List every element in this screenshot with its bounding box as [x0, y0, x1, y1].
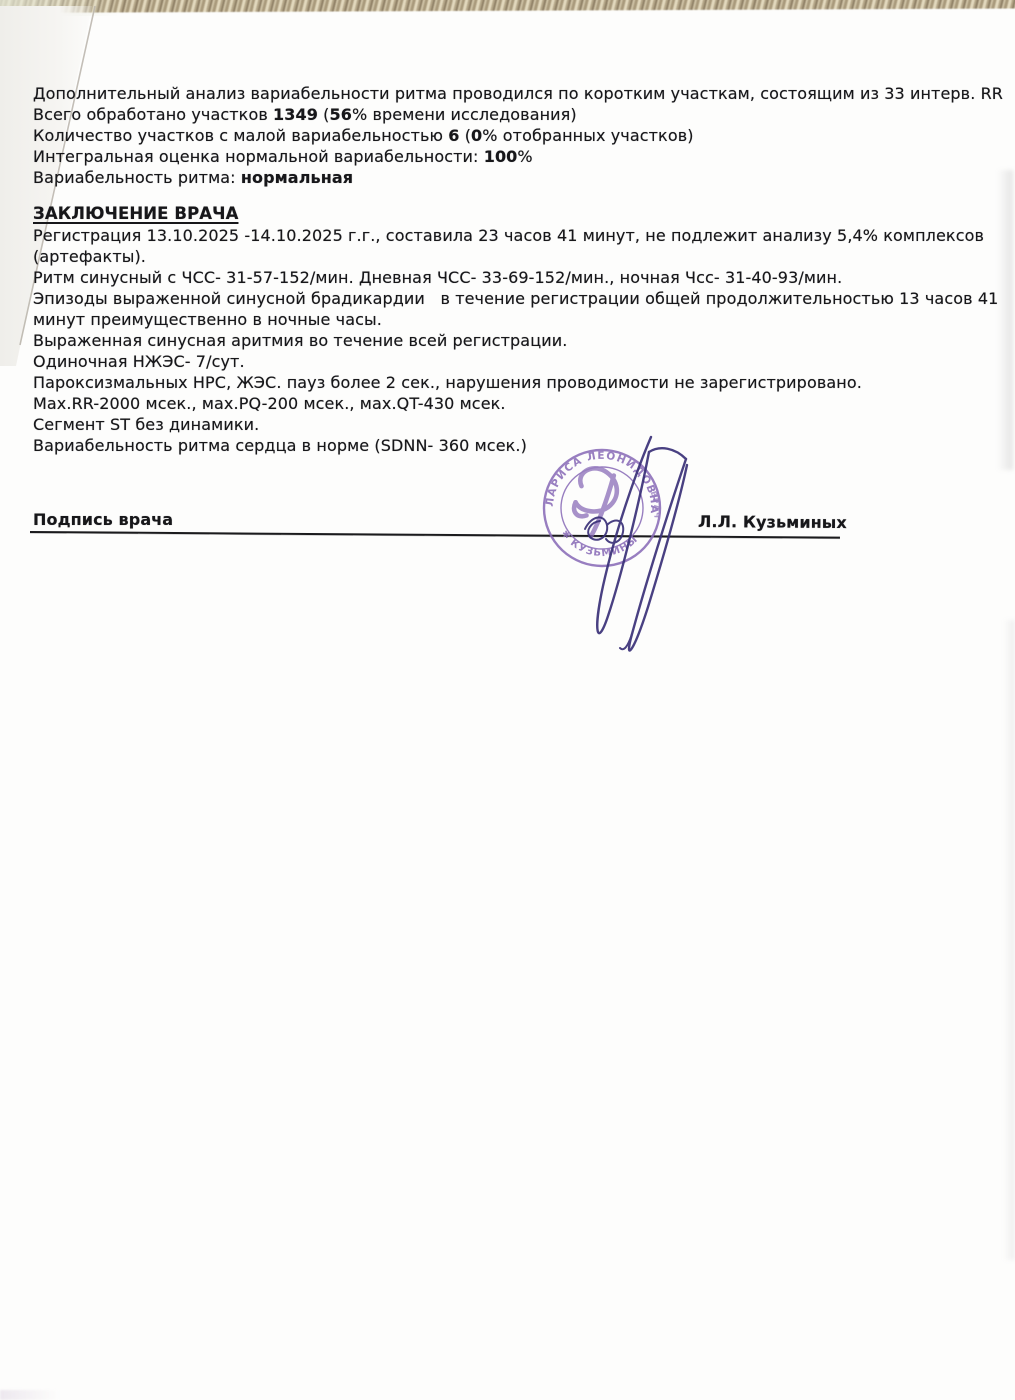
pen-signature: [0, 0, 1015, 1400]
scanned-document-page: Дополнительный анализ вариабельности рит…: [0, 0, 1015, 1400]
